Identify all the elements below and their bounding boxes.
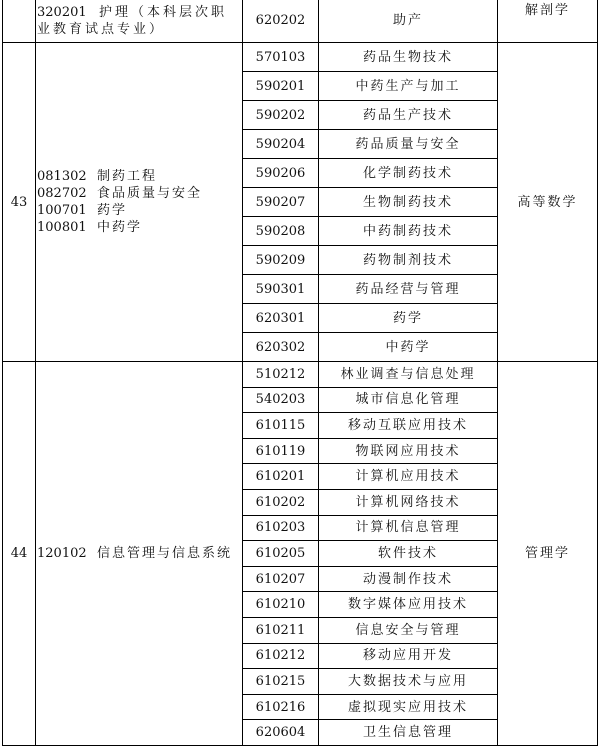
vocational-code: 570103 <box>243 43 319 72</box>
vocational-name: 计算机应用技术 <box>319 464 498 490</box>
undergrad-major-code: 320201 <box>37 4 87 21</box>
vocational-name: 化学制药技术 <box>319 159 498 188</box>
vocational-code: 590207 <box>243 188 319 217</box>
vocational-name: 助产 <box>319 0 498 43</box>
vocational-code: 610203 <box>243 515 319 541</box>
table-row: 43 081302制药工程 082702食品质量与安全 100701药学 100… <box>3 43 598 72</box>
group-number <box>3 0 36 43</box>
vocational-name: 虚拟现实应用技术 <box>319 694 498 720</box>
vocational-name: 计算机网络技术 <box>319 489 498 515</box>
vocational-name: 林业调查与信息处理 <box>319 362 498 388</box>
vocational-name: 药品生物技术 <box>319 43 498 72</box>
table-row: 320201 护理（本科层次职业教育试点专业） 620202 助产 解剖学 <box>3 0 598 43</box>
vocational-name: 大数据技术与应用 <box>319 669 498 695</box>
vocational-code: 620301 <box>243 304 319 333</box>
vocational-code: 610201 <box>243 464 319 490</box>
vocational-code: 620604 <box>243 720 319 746</box>
vocational-name: 动漫制作技术 <box>319 566 498 592</box>
undergrad-majors-cell: 320201 护理（本科层次职业教育试点专业） <box>36 0 243 43</box>
vocational-code: 590201 <box>243 72 319 101</box>
vocational-code: 590208 <box>243 217 319 246</box>
exam-subject: 高等数学 <box>498 43 598 362</box>
vocational-name: 药学 <box>319 304 498 333</box>
vocational-name: 药物制剂技术 <box>319 246 498 275</box>
vocational-name: 中药生产与加工 <box>319 72 498 101</box>
major-mapping-table: 320201 护理（本科层次职业教育试点专业） 620202 助产 解剖学 43… <box>2 0 598 746</box>
undergrad-majors-cell: 120102信息管理与信息系统 <box>36 362 243 746</box>
vocational-code: 590204 <box>243 130 319 159</box>
vocational-code: 590209 <box>243 246 319 275</box>
undergrad-majors-cell: 081302制药工程 082702食品质量与安全 100701药学 100801… <box>36 43 243 362</box>
undergrad-major: 120102信息管理与信息系统 <box>37 545 242 562</box>
vocational-code: 610215 <box>243 669 319 695</box>
vocational-code: 610119 <box>243 438 319 464</box>
vocational-name: 移动互联应用技术 <box>319 413 498 439</box>
group-number: 43 <box>3 43 36 362</box>
vocational-code: 610202 <box>243 489 319 515</box>
vocational-name: 卫生信息管理 <box>319 720 498 746</box>
vocational-name: 生物制药技术 <box>319 188 498 217</box>
vocational-name: 数字媒体应用技术 <box>319 592 498 618</box>
vocational-name: 中药学 <box>319 333 498 362</box>
table-row: 44 120102信息管理与信息系统 510212 林业调查与信息处理 管理学 <box>3 362 598 388</box>
vocational-name: 药品生产技术 <box>319 101 498 130</box>
vocational-code: 610207 <box>243 566 319 592</box>
vocational-code: 610115 <box>243 413 319 439</box>
vocational-code: 610216 <box>243 694 319 720</box>
vocational-code: 620302 <box>243 333 319 362</box>
vocational-code: 540203 <box>243 387 319 413</box>
vocational-name: 中药制药技术 <box>319 217 498 246</box>
vocational-name: 移动应用开发 <box>319 643 498 669</box>
vocational-name: 软件技术 <box>319 541 498 567</box>
vocational-name: 药品经营与管理 <box>319 275 498 304</box>
undergrad-major: 082702食品质量与安全 <box>37 185 242 202</box>
exam-subject: 管理学 <box>498 362 598 746</box>
vocational-name: 信息安全与管理 <box>319 617 498 643</box>
vocational-code: 590202 <box>243 101 319 130</box>
vocational-name: 药品质量与安全 <box>319 130 498 159</box>
undergrad-major: 100801中药学 <box>37 219 242 236</box>
vocational-code: 620202 <box>243 0 319 43</box>
vocational-code: 610211 <box>243 617 319 643</box>
vocational-code: 610210 <box>243 592 319 618</box>
vocational-code: 610212 <box>243 643 319 669</box>
undergrad-major: 100701药学 <box>37 202 242 219</box>
vocational-name: 计算机信息管理 <box>319 515 498 541</box>
vocational-code: 610205 <box>243 541 319 567</box>
vocational-name: 城市信息化管理 <box>319 387 498 413</box>
vocational-code: 590301 <box>243 275 319 304</box>
group-number: 44 <box>3 362 36 746</box>
exam-subject: 解剖学 <box>498 0 598 43</box>
vocational-name: 物联网应用技术 <box>319 438 498 464</box>
undergrad-major: 081302制药工程 <box>37 168 242 185</box>
vocational-code: 510212 <box>243 362 319 388</box>
vocational-code: 590206 <box>243 159 319 188</box>
